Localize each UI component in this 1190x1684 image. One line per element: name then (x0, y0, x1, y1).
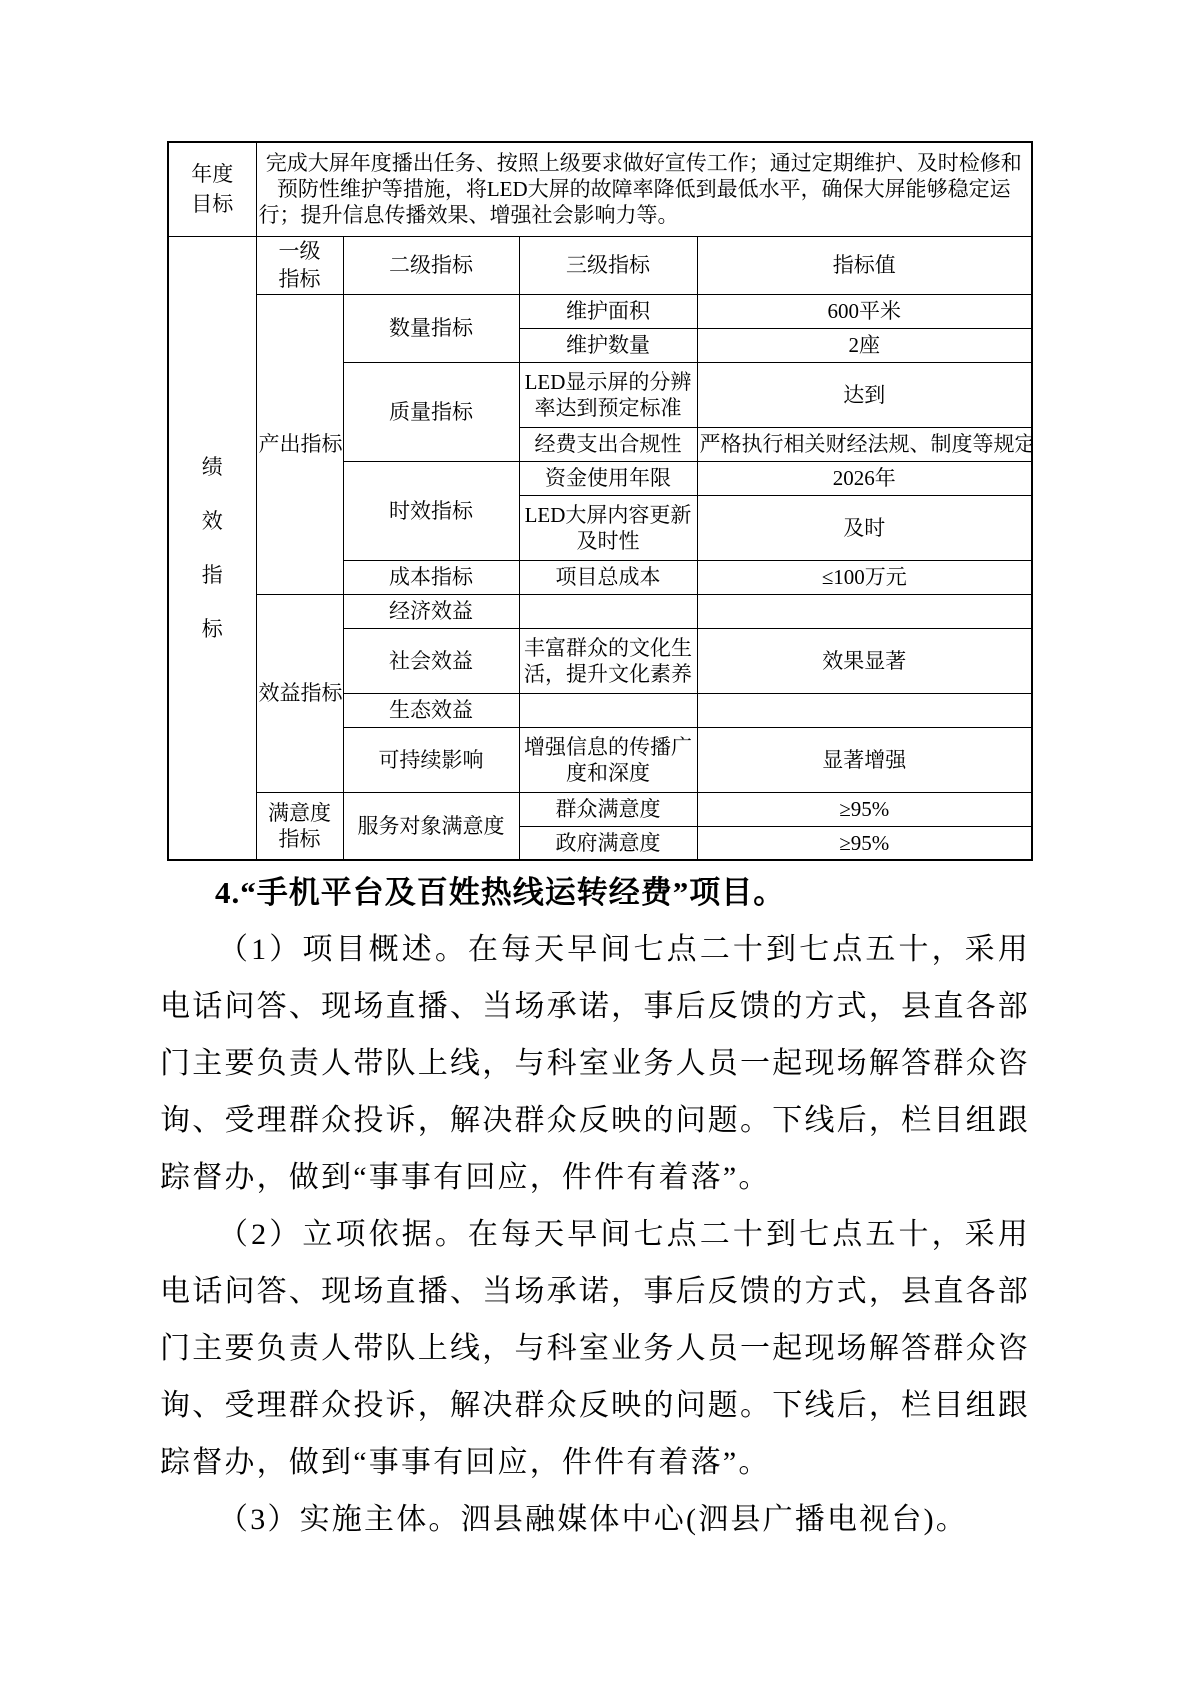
cell-val-expense-compliance: 严格执行相关财经法规、制度等规定 (697, 427, 1032, 461)
paragraph-implementing-body: （3）实施主体。泗县融媒体中心(泗县广播电视台)。 (160, 1491, 1030, 1548)
cell-ind-economic-benefit (519, 594, 697, 628)
cell-header-value: 指标值 (697, 236, 1032, 294)
cell-benefit-label: 效益指标 (256, 594, 343, 792)
cell-quality-label: 质量指标 (343, 362, 519, 461)
cell-output-label: 产出指标 (256, 294, 343, 594)
cell-header-level1: 一级指标 (256, 236, 343, 294)
cell-ind-maintenance-count: 维护数量 (519, 328, 697, 362)
cell-header-level2: 二级指标 (343, 236, 519, 294)
cell-ind-expense-compliance: 经费支出合规性 (519, 427, 697, 461)
cell-val-led-resolution: 达到 (697, 362, 1032, 427)
cell-val-economic-benefit (697, 594, 1032, 628)
cell-ind-public-satisfaction: 群众满意度 (519, 792, 697, 826)
cell-val-led-content-update: 及时 (697, 495, 1032, 560)
section-heading: 4.“手机平台及百姓热线运转经费”项目。 (160, 864, 1030, 921)
cell-ind-government-satisfaction: 政府满意度 (519, 826, 697, 860)
cell-quantity-label: 数量指标 (343, 294, 519, 362)
cell-social-benefit-label: 社会效益 (343, 628, 519, 693)
cell-annual-goal-content: 完成大屏年度播出任务、按照上级要求做好宣传工作；通过定期维护、及时检修和预防性维… (256, 142, 1032, 236)
performance-indicators-label-text: 绩效指标 (201, 440, 224, 656)
cell-economic-benefit-label: 经济效益 (343, 594, 519, 628)
cell-val-social-benefit: 效果显著 (697, 628, 1032, 693)
paragraph-project-basis: （2）立项依据。在每天早间七点二十到七点五十，采用电话问答、现场直播、当场承诺，… (160, 1206, 1030, 1491)
cell-val-public-satisfaction: ≥95% (697, 792, 1032, 826)
annual-goal-label-text: 年度目标 (189, 159, 235, 219)
cell-val-sustainable-impact: 显著增强 (697, 727, 1032, 792)
cell-annual-goal-label: 年度目标 (168, 142, 256, 236)
cell-ind-fund-use-period: 资金使用年限 (519, 461, 697, 495)
cell-ind-led-content-update: LED大屏内容更新及时性 (519, 495, 697, 560)
section-4: 4.“手机平台及百姓热线运转经费”项目。 （1）项目概述。在每天早间七点二十到七… (160, 864, 1030, 1548)
cell-service-satisfaction-label: 服务对象满意度 (343, 792, 519, 860)
cell-val-maintenance-area: 600平米 (697, 294, 1032, 328)
header-level1-text: 一级指标 (277, 237, 323, 293)
cell-val-government-satisfaction: ≥95% (697, 826, 1032, 860)
cell-ind-total-cost: 项目总成本 (519, 560, 697, 594)
cell-performance-indicators-label: 绩效指标 (168, 236, 256, 860)
cell-ecological-benefit-label: 生态效益 (343, 693, 519, 727)
cell-ind-led-resolution: LED显示屏的分辨率达到预定标准 (519, 362, 697, 427)
cell-cost-label: 成本指标 (343, 560, 519, 594)
cell-ind-maintenance-area: 维护面积 (519, 294, 697, 328)
cell-val-maintenance-count: 2座 (697, 328, 1032, 362)
cell-header-level3: 三级指标 (519, 236, 697, 294)
cell-sustainable-impact-label: 可持续影响 (343, 727, 519, 792)
document-page: 年度目标 完成大屏年度播出任务、按照上级要求做好宣传工作；通过定期维护、及时检修… (0, 0, 1190, 1684)
paragraph-project-overview: （1）项目概述。在每天早间七点二十到七点五十，采用电话问答、现场直播、当场承诺，… (160, 921, 1030, 1206)
cell-satisfaction-label: 满意度指标 (256, 792, 343, 860)
cell-val-fund-use-period: 2026年 (697, 461, 1032, 495)
cell-ind-ecological-benefit (519, 693, 697, 727)
cell-timeliness-label: 时效指标 (343, 461, 519, 560)
cell-val-ecological-benefit (697, 693, 1032, 727)
cell-ind-social-benefit: 丰富群众的文化生活，提升文化素养 (519, 628, 697, 693)
cell-val-total-cost: ≤100万元 (697, 560, 1032, 594)
performance-indicator-table: 年度目标 完成大屏年度播出任务、按照上级要求做好宣传工作；通过定期维护、及时检修… (167, 141, 1033, 861)
cell-ind-sustainable-impact: 增强信息的传播广度和深度 (519, 727, 697, 792)
